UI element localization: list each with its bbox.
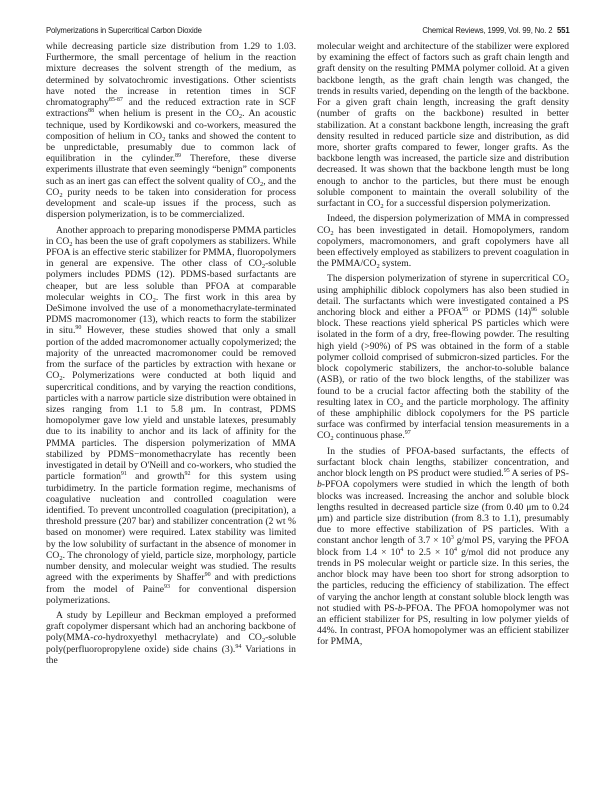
paragraph: Another approach to preparing monodisper…: [46, 225, 296, 606]
paragraph: A study by Lepilleur and Beckman employe…: [46, 610, 296, 666]
paragraph: The dispersion polymerization of styrene…: [317, 273, 569, 441]
paragraph: Indeed, the dispersion polymerization of…: [317, 213, 569, 269]
journal-info: Chemical Reviews, 1999, Vol. 99, No. 2: [422, 25, 552, 35]
paragraph: molecular weight and architecture of the…: [317, 41, 569, 209]
page-number: 551: [557, 25, 569, 35]
journal-citation: Chemical Reviews, 1999, Vol. 99, No. 255…: [422, 25, 569, 35]
right-column: molecular weight and architecture of the…: [317, 41, 569, 652]
running-title: Polymerizations in Supercritical Carbon …: [46, 25, 202, 35]
running-header: Polymerizations in Supercritical Carbon …: [46, 25, 528, 37]
left-column: while decreasing particle size distribut…: [46, 41, 296, 670]
paragraph: while decreasing particle size distribut…: [46, 41, 296, 221]
paragraph: In the studies of PFOA-based surfactants…: [317, 446, 569, 648]
